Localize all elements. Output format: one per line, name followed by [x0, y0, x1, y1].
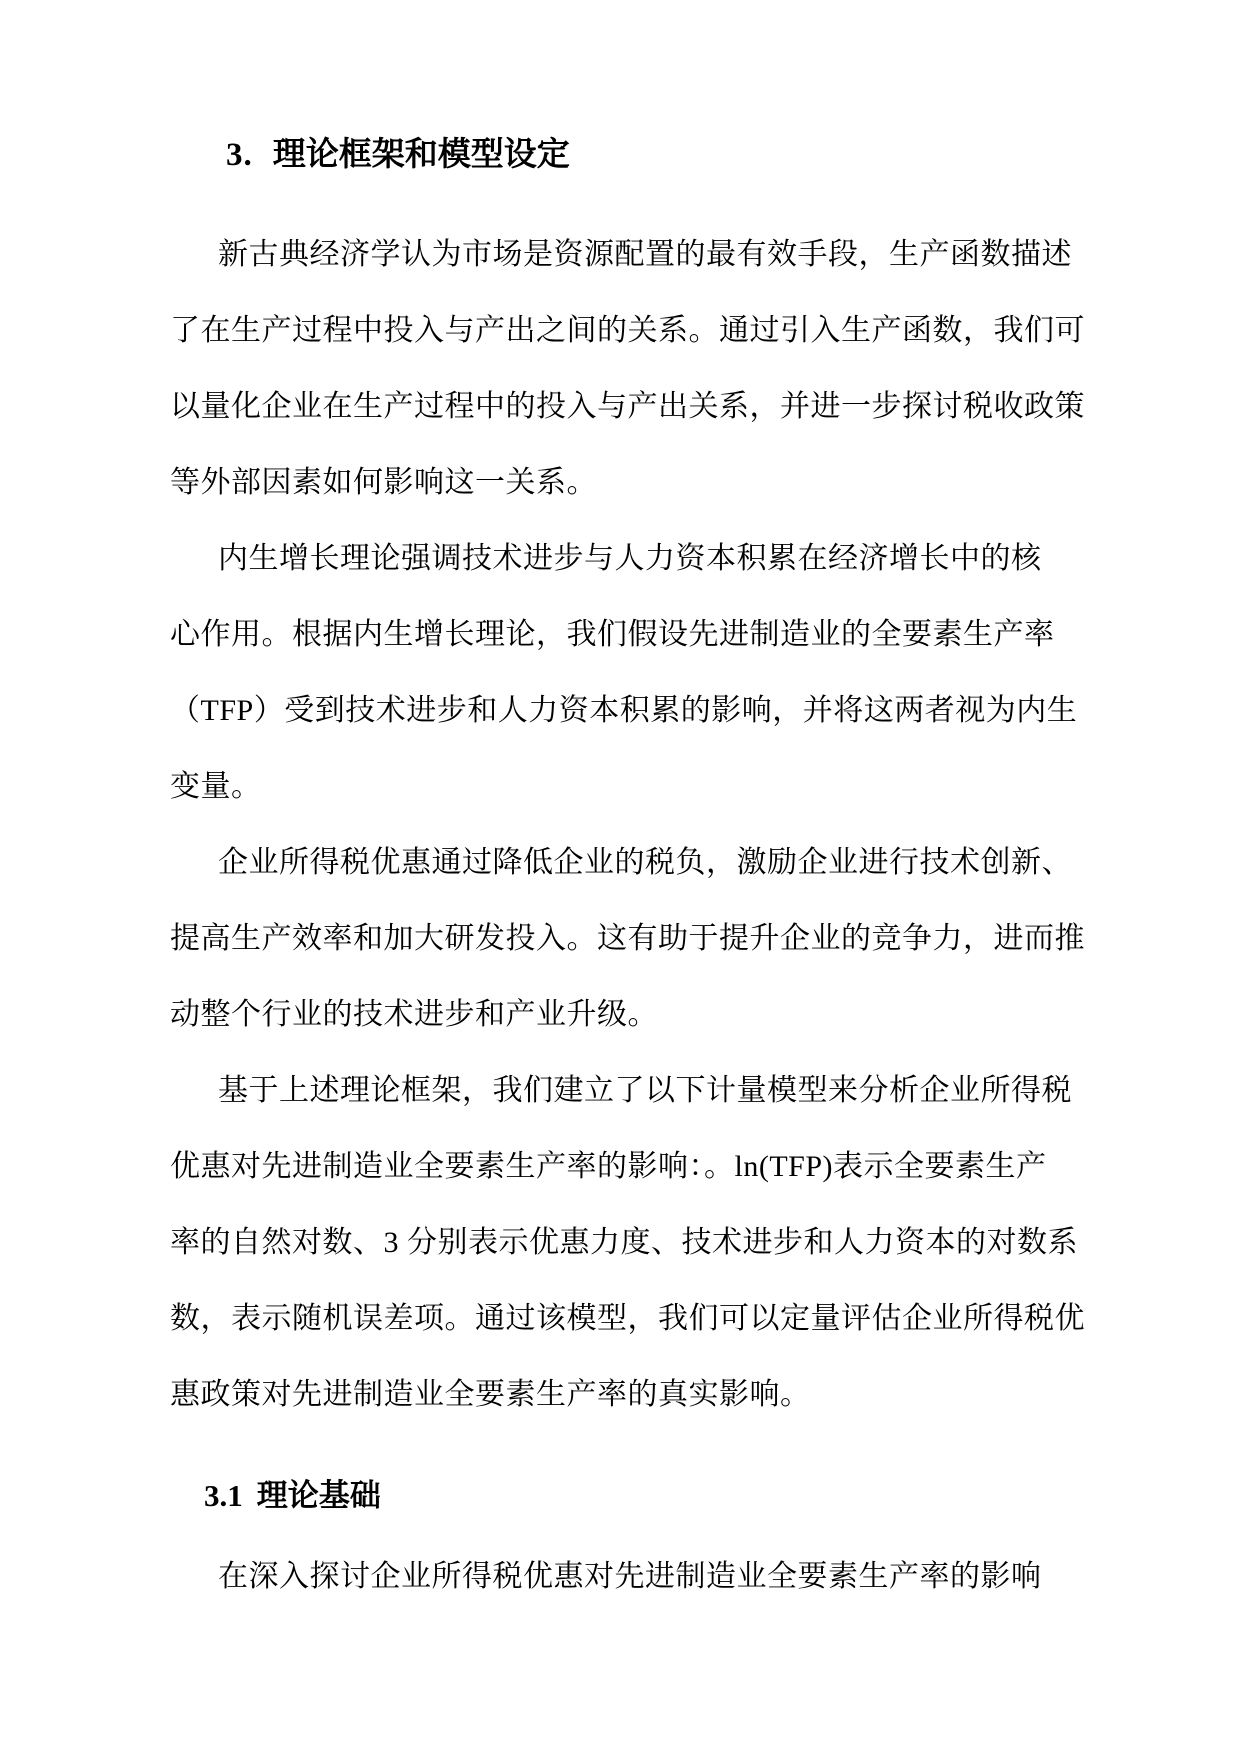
subsection-number: 3.1: [204, 1478, 243, 1513]
subsection-title: 理论基础: [257, 1478, 381, 1513]
paragraph-line: 基于上述理论框架，我们建立了以下计量模型来分析企业所得税: [170, 1053, 1070, 1129]
paragraph-line: 提高生产效率和加大研发投入。这有助于提升企业的竞争力，进而推: [170, 901, 1070, 977]
section-heading: 3.理论框架和模型设定: [170, 132, 1070, 178]
paragraph-line: 惠政策对先进制造业全要素生产率的真实影响。: [170, 1357, 1070, 1433]
paragraph-line: 心作用。根据内生增长理论，我们假设先进制造业的全要素生产率: [170, 597, 1070, 673]
paragraph-line: 率的自然对数、3 分别表示优惠力度、技术进步和人力资本的对数系: [170, 1205, 1070, 1281]
subsection-heading: 3.1理论基础: [170, 1473, 1070, 1519]
paragraph-line: 等外部因素如何影响这一关系。: [170, 445, 1070, 521]
paragraph-line: 内生增长理论强调技术进步与人力资本积累在经济增长中的核: [170, 521, 1070, 597]
paragraph-line: 以量化企业在生产过程中的投入与产出关系，并进一步探讨税收政策: [170, 369, 1070, 445]
paragraph-line: 变量。: [170, 749, 1070, 825]
section-number: 3.: [226, 137, 253, 173]
document-page: 3.理论框架和模型设定 新古典经济学认为市场是资源配置的最有效手段，生产函数描述…: [0, 0, 1241, 1754]
paragraph-line: 企业所得税优惠通过降低企业的税负，激励企业进行技术创新、: [170, 825, 1070, 901]
section-title: 理论框架和模型设定: [273, 137, 570, 173]
paragraph-line: 了在生产过程中投入与产出之间的关系。通过引入生产函数，我们可: [170, 293, 1070, 369]
paragraph-line: 在深入探讨企业所得税优惠对先进制造业全要素生产率的影响: [170, 1539, 1070, 1615]
paragraph-line: 新古典经济学认为市场是资源配置的最有效手段，生产函数描述: [170, 217, 1070, 293]
paragraph-line: 动整个行业的技术进步和产业升级。: [170, 977, 1070, 1053]
paragraph-line: 数，表示随机误差项。通过该模型，我们可以定量评估企业所得税优: [170, 1281, 1070, 1357]
paragraph-line: （TFP）受到技术进步和人力资本积累的影响，并将这两者视为内生: [170, 673, 1070, 749]
paragraph-line: 优惠对先进制造业全要素生产率的影响：。ln(TFP)表示全要素生产: [170, 1129, 1070, 1205]
